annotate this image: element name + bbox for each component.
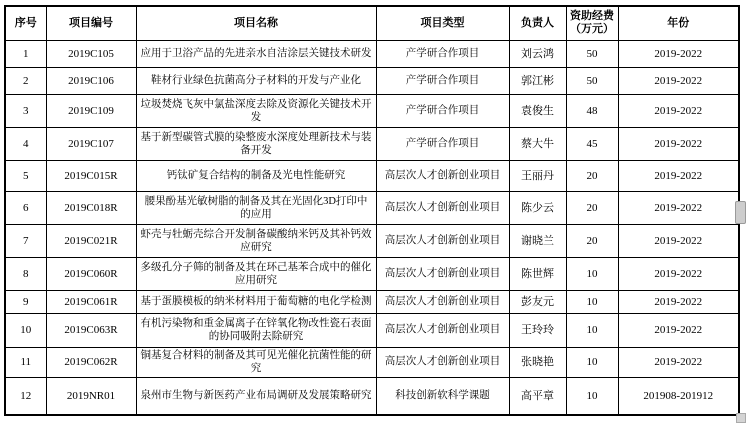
col-header-lead: 负责人 [509,6,566,40]
cell-year: 201908-201912 [618,377,739,415]
cell-name: 鞋材行业绿色抗菌高分子材料的开发与产业化 [136,67,376,94]
cell-funding: 10 [566,347,618,377]
cell-funding: 20 [566,224,618,257]
cell-lead: 王丽丹 [509,160,566,191]
cell-name: 虾壳与牡蛎壳综合开发制备碳酸纳米钙及其补钙效应研究 [136,224,376,257]
cell-seq: 2 [5,67,46,94]
cell-seq: 11 [5,347,46,377]
project-table-container: 序号 项目编号 项目名称 项目类型 负责人 资助经费 （万元） 年份 1 201… [4,5,740,416]
cell-funding: 10 [566,257,618,290]
cell-funding: 45 [566,127,618,160]
cell-funding: 20 [566,191,618,224]
cell-funding: 48 [566,94,618,127]
table-row: 11 2019C062R 铜基复合材料的制备及其可见光催化抗菌性能的研究 高层次… [5,347,739,377]
cell-lead: 王玲玲 [509,313,566,347]
cell-name: 垃圾焚烧飞灰中氯盐深度去除及资源化关键技术开发 [136,94,376,127]
cell-name: 应用于卫浴产品的先进亲水自洁涂层关键技术研发 [136,40,376,67]
cell-funding: 10 [566,377,618,415]
cell-lead: 陈世辉 [509,257,566,290]
cell-type: 产学研合作项目 [376,127,509,160]
col-header-type: 项目类型 [376,6,509,40]
table-row: 4 2019C107 基于新型碳管式膜的染整废水深度处理新技术与装备开发 产学研… [5,127,739,160]
cell-code: 2019C018R [46,191,136,224]
cell-code: 2019C015R [46,160,136,191]
cell-funding: 50 [566,67,618,94]
table-row: 7 2019C021R 虾壳与牡蛎壳综合开发制备碳酸纳米钙及其补钙效应研究 高层… [5,224,739,257]
cell-lead: 彭友元 [509,290,566,313]
cell-code: 2019C109 [46,94,136,127]
cell-funding: 20 [566,160,618,191]
cell-seq: 1 [5,40,46,67]
table-row: 12 2019NR01 泉州市生物与新医药产业布局调研及发展策略研究 科技创新软… [5,377,739,415]
cell-name: 多级孔分子筛的制备及其在环己基苯合成中的催化应用研究 [136,257,376,290]
cell-funding: 10 [566,313,618,347]
cell-type: 科技创新软科学课题 [376,377,509,415]
cell-type: 高层次人才创新创业项目 [376,191,509,224]
cell-seq: 12 [5,377,46,415]
cell-seq: 3 [5,94,46,127]
cell-lead: 陈少云 [509,191,566,224]
cell-year: 2019-2022 [618,127,739,160]
cell-type: 高层次人才创新创业项目 [376,257,509,290]
cell-lead: 郭江彬 [509,67,566,94]
cell-name: 泉州市生物与新医药产业布局调研及发展策略研究 [136,377,376,415]
table-row: 5 2019C015R 钙钛矿复合结构的制备及光电性能研究 高层次人才创新创业项… [5,160,739,191]
col-header-year: 年份 [618,6,739,40]
scrollbar-corner [736,413,746,423]
col-header-funding: 资助经费 （万元） [566,6,618,40]
table-row: 1 2019C105 应用于卫浴产品的先进亲水自洁涂层关键技术研发 产学研合作项… [5,40,739,67]
cell-year: 2019-2022 [618,313,739,347]
cell-code: 2019C106 [46,67,136,94]
cell-year: 2019-2022 [618,67,739,94]
cell-lead: 张晓艳 [509,347,566,377]
cell-seq: 4 [5,127,46,160]
header-row: 序号 项目编号 项目名称 项目类型 负责人 资助经费 （万元） 年份 [5,6,739,40]
cell-name: 基于新型碳管式膜的染整废水深度处理新技术与装备开发 [136,127,376,160]
col-header-seq: 序号 [5,6,46,40]
table-row: 10 2019C063R 有机污染物和重金属离子在锌氧化物改性瓷石表面的协同吸附… [5,313,739,347]
cell-code: 2019C021R [46,224,136,257]
cell-type: 高层次人才创新创业项目 [376,290,509,313]
table-row: 2 2019C106 鞋材行业绿色抗菌高分子材料的开发与产业化 产学研合作项目 … [5,67,739,94]
cell-name: 腰果酚基光敏树脂的制备及其在光固化3D打印中的应用 [136,191,376,224]
cell-seq: 9 [5,290,46,313]
cell-seq: 7 [5,224,46,257]
cell-type: 高层次人才创新创业项目 [376,313,509,347]
cell-year: 2019-2022 [618,290,739,313]
cell-lead: 谢晓兰 [509,224,566,257]
scrollbar-thumb[interactable] [735,201,746,224]
col-header-name: 项目名称 [136,6,376,40]
cell-year: 2019-2022 [618,224,739,257]
cell-lead: 袁俊生 [509,94,566,127]
table-row: 6 2019C018R 腰果酚基光敏树脂的制备及其在光固化3D打印中的应用 高层… [5,191,739,224]
cell-code: 2019C063R [46,313,136,347]
cell-name: 基于蛋膜模板的纳米材料用于葡萄糖的电化学检测 [136,290,376,313]
cell-type: 产学研合作项目 [376,40,509,67]
cell-year: 2019-2022 [618,160,739,191]
cell-name: 铜基复合材料的制备及其可见光催化抗菌性能的研究 [136,347,376,377]
cell-code: 2019C062R [46,347,136,377]
cell-year: 2019-2022 [618,347,739,377]
cell-seq: 10 [5,313,46,347]
cell-type: 高层次人才创新创业项目 [376,347,509,377]
cell-year: 2019-2022 [618,257,739,290]
col-header-code: 项目编号 [46,6,136,40]
cell-year: 2019-2022 [618,94,739,127]
table-row: 3 2019C109 垃圾焚烧飞灰中氯盐深度去除及资源化关键技术开发 产学研合作… [5,94,739,127]
cell-lead: 蔡大牛 [509,127,566,160]
cell-code: 2019NR01 [46,377,136,415]
cell-type: 高层次人才创新创业项目 [376,160,509,191]
cell-code: 2019C107 [46,127,136,160]
cell-funding: 10 [566,290,618,313]
project-table: 序号 项目编号 项目名称 项目类型 负责人 资助经费 （万元） 年份 1 201… [4,5,740,416]
cell-year: 2019-2022 [618,40,739,67]
cell-type: 产学研合作项目 [376,67,509,94]
table-row: 8 2019C060R 多级孔分子筛的制备及其在环己基苯合成中的催化应用研究 高… [5,257,739,290]
cell-seq: 8 [5,257,46,290]
cell-name: 钙钛矿复合结构的制备及光电性能研究 [136,160,376,191]
cell-code: 2019C061R [46,290,136,313]
cell-lead: 高平章 [509,377,566,415]
cell-name: 有机污染物和重金属离子在锌氧化物改性瓷石表面的协同吸附去除研究 [136,313,376,347]
cell-code: 2019C105 [46,40,136,67]
cell-seq: 5 [5,160,46,191]
cell-year: 2019-2022 [618,191,739,224]
cell-type: 高层次人才创新创业项目 [376,224,509,257]
table-row: 9 2019C061R 基于蛋膜模板的纳米材料用于葡萄糖的电化学检测 高层次人才… [5,290,739,313]
cell-lead: 刘云鸿 [509,40,566,67]
cell-code: 2019C060R [46,257,136,290]
cell-type: 产学研合作项目 [376,94,509,127]
cell-seq: 6 [5,191,46,224]
cell-funding: 50 [566,40,618,67]
